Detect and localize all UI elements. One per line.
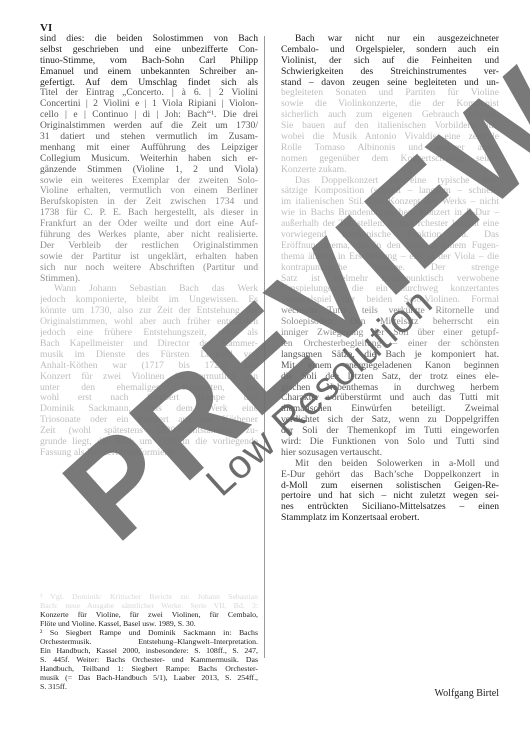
text-line: könnte um 1730, also zur Zeit der Entste…: [40, 306, 258, 317]
text-line: Triosonate oder ein Konzert aus der Köth…: [40, 415, 258, 426]
text-line: d-Moll zum eisernen solistischen Geigen-…: [281, 481, 499, 492]
text-line: Satz ist vielmehr kontrapunktisch verwob…: [281, 274, 499, 285]
text-line: außerhalb der Tuttistellen. Dem Orcheste…: [281, 219, 499, 230]
text-line: ¹ Vgl. Dominik: Kritischer Bericht zu: J…: [40, 592, 258, 601]
text-line: Konzerte für Violine, für zwei Violinen,…: [40, 610, 258, 619]
text-line: Schwierigkeiten des Streichinstrumentes …: [281, 67, 499, 78]
text-line: Konzerte zukam.: [281, 165, 499, 176]
author-signature: Wolfgang Birtel: [281, 688, 499, 699]
text-line: jedoch eine frühere Entstehungszeit, etw…: [40, 328, 258, 339]
text-line: hier sozusagen vertauscht.: [281, 448, 499, 459]
text-line: Ein Handbuch, Kassel 2000, insbesondere:…: [40, 646, 258, 655]
text-line: musik im Dienste des Fürsten Leopold von: [40, 350, 258, 361]
text-line: ² So Siegbert Rampe und Dominik Sackmann…: [40, 628, 258, 637]
text-line: Wann Johann Sebastian Bach das Werk: [40, 284, 258, 295]
text-line: Violinist, der sich auf die Feinheiten u…: [281, 56, 499, 67]
text-line: thema ähnelt, in Erscheinung – erst in d…: [281, 252, 499, 263]
text-line: sätzige Komposition (schnell – langsam –…: [281, 186, 499, 197]
text-line: sich nur noch weitere Abschriften (Parti…: [40, 263, 258, 274]
text-line: nes entrückten Siciliano-Mittelsatzes – …: [281, 502, 499, 513]
left-column: sind dies: die beiden Solostimmen von Ba…: [40, 34, 258, 459]
text-line: cello | e | Continuo | di | Joh: Bach“¹.…: [40, 110, 258, 121]
text-line: Cembalo- und Orgelspieler, sondern auch …: [281, 45, 499, 56]
text-line: 1738 für C. P. E. Bach hergestellt, als …: [40, 208, 258, 219]
text-line: Fassung als Konzert transformierte.: [40, 448, 258, 459]
text-line: sicherlich auch zum eigenen Gebrauch sch…: [281, 110, 499, 121]
text-line: Der Verbleib der restlichen Originalstim…: [40, 241, 258, 252]
footnotes: ¹ Vgl. Dominik: Kritischer Bericht zu: J…: [40, 592, 258, 691]
text-line: sowie der Partitur ist ungeklärt, erhalt…: [40, 252, 258, 263]
text-line: Berufskopisten in der Zeit zwischen 1734…: [40, 197, 258, 208]
text-line: selbst geschrieben und eine unbezifferte…: [40, 45, 258, 56]
text-line: gefertigt. Auf dem Umschlag findet sich …: [40, 78, 258, 89]
text-line: Mit den beiden Solowerken in a-Moll und: [281, 459, 499, 470]
text-line: Violine erhalten, vermutlich von einem B…: [40, 186, 258, 197]
text-line: Bach war nicht nur ein ausgezeichneter: [281, 34, 499, 45]
text-line: Frankfurt an der Oder weilte und dort ei…: [40, 219, 258, 230]
text-line: Emanuel und einem unbekannten Schreiber …: [40, 67, 258, 78]
text-line: stand – davon zeugen seine begleiteten u…: [281, 78, 499, 89]
text-line: Stammplatz im Konzertsaal erobert.: [281, 513, 499, 524]
page-number: VI: [40, 22, 52, 34]
text-line: jedoch komponierte, bleibt im Ungewissen…: [40, 295, 258, 306]
text-line: Eröffnungsthema, das in den Solisten ein…: [281, 241, 499, 252]
text-line: Das Doppelkonzert ist eine typische drei…: [281, 176, 499, 187]
text-line: Collegium Musicum. Weiterhin haben sich …: [40, 154, 258, 165]
text-line: Orchestermusik. Entstehung–Klangwelt–Int…: [40, 637, 258, 646]
text-line: im italienischen Stil. Das Konzept des W…: [281, 197, 499, 208]
text-line: wie in Bachs Brandenburgischem Konzert i…: [281, 208, 499, 219]
text-line: sowie die Violinkonzerte, die der Kompon…: [281, 99, 499, 110]
text-line: Dominik Sackmann, dass dem Werk eine: [40, 404, 258, 415]
text-line: S. 315ff.: [40, 682, 258, 691]
text-line: Flöte und Violine. Kassel, Basel usw. 19…: [40, 619, 258, 628]
text-line: gänzende Stimmen (Violine 1, 2 und Viola…: [40, 165, 258, 176]
right-column: Bach war nicht nur ein ausgezeichneterCe…: [281, 34, 499, 524]
text-line: musik (= Das Bach-Handbuch 5/1), Laaber …: [40, 673, 258, 682]
text-line: begleiteten Sonaten und Partiten für Vio…: [281, 88, 499, 99]
text-line: S. 445f. Weiter: Bachs Orchester- und Ka…: [40, 655, 258, 664]
text-line: vorwiegend harmonische Funktion zu. Das: [281, 230, 499, 241]
text-line: Umspielungen, die ein durchweg konzertan…: [281, 284, 499, 295]
text-line: sind dies: die beiden Solostimmen von Ba…: [40, 34, 258, 45]
text-line: wobei die Musik Antonio Vivaldis eine ze…: [281, 132, 499, 143]
text-line: Zeit (wohl spätestens 1720 entstanden) z…: [40, 426, 258, 437]
text-line: nomen gegenüber dem Konzertschaffen sein…: [281, 154, 499, 165]
text-line: Soloepisoden. Den Mittelsatz beherrscht …: [281, 317, 499, 328]
text-line: Bach: neue Ausgabe sämtlicher Werke. Ser…: [40, 601, 258, 610]
text-line: thematischen Einwürfen beteiligt. Zweima…: [281, 404, 499, 415]
text-line: grunde liegt, die Bach um 1730 in die vo…: [40, 437, 258, 448]
text-line: wohl erst nach Siegbert Rampe und: [40, 393, 258, 404]
text-line: pertoire und hat sich – nicht zuletzt we…: [281, 491, 499, 502]
text-line: Anhalt-Köthen war (1717 bis 1723). Die: [40, 361, 258, 372]
text-line: Mit einem energiegeladenen Kanon beginne…: [281, 361, 499, 372]
text-line: Konzert für zwei Violinen ist vermutlich…: [40, 372, 258, 383]
text-line: führung des Werkes plante, aber nicht re…: [40, 230, 258, 241]
text-line: Rolle Tomaso Albinonis und anderer ange-: [281, 143, 499, 154]
text-line: Concertini | 2 Violini e | 1 Viola Ripia…: [40, 99, 258, 110]
text-line: wird: Die Funktionen von Solo und Tutti …: [281, 437, 499, 448]
text-line: langsamen Sätze, die Bach je komponiert …: [281, 350, 499, 361]
text-line: Wechselspiel der beiden Solo-Violinen. F…: [281, 295, 499, 306]
text-line: inniger Zwiegesang der Soli über einer g…: [281, 328, 499, 339]
text-line: Sie bauen auf den italienischen Vorbilde…: [281, 121, 499, 132]
text-line: Stimmen).: [40, 274, 258, 285]
text-line: wechseln Tutti-, teils verkürzte Ritorne…: [281, 306, 499, 317]
text-line: Handbuch, Teilband 1: Siegbert Rampe: Ba…: [40, 664, 258, 673]
text-line: verdichtet sich der Satz, wenn zu Doppel…: [281, 415, 499, 426]
column-divider: [264, 36, 265, 658]
text-line: die Soli den letzten Satz, der trotz ein…: [281, 372, 499, 383]
text-line: ten Orchesterbegleitung – einer der schö…: [281, 339, 499, 350]
text-line: 31 datiert und stehen vermutlich im Zusa…: [40, 132, 258, 143]
text-line: der Soli der Themenkopf im Tutti eingewo…: [281, 426, 499, 437]
text-line: unter den ehemaligen Konzerten, die: [40, 383, 258, 394]
text-line: Originalstimmen werden auf die Zeit um 1…: [40, 121, 258, 132]
text-line: tinuo-Stimme, vom Bach-Sohn Carl Philipp: [40, 56, 258, 67]
text-line: menhang mit einer Aufführung des Leipzig…: [40, 143, 258, 154]
text-line: sowie ein weiteres Exemplar der zweiten …: [40, 176, 258, 187]
text-line: Bach Kapellmeister und Director der Kamm…: [40, 339, 258, 350]
text-line: Titel der Eintrag „Concerto. | à 6. | 2 …: [40, 88, 258, 99]
text-line: gischen Nebenthemas in durchweg herbem: [281, 383, 499, 394]
text-line: Charakter vorüberstürmt und auch das Tut…: [281, 393, 499, 404]
text-line: E-Dur gehört das Bach’sche Doppelkonzert…: [281, 470, 499, 481]
text-line: kontrapunktische Vorlage. Der strenge: [281, 263, 499, 274]
text-line: Originalstimmen, wohl aber auch früher e…: [40, 317, 258, 328]
